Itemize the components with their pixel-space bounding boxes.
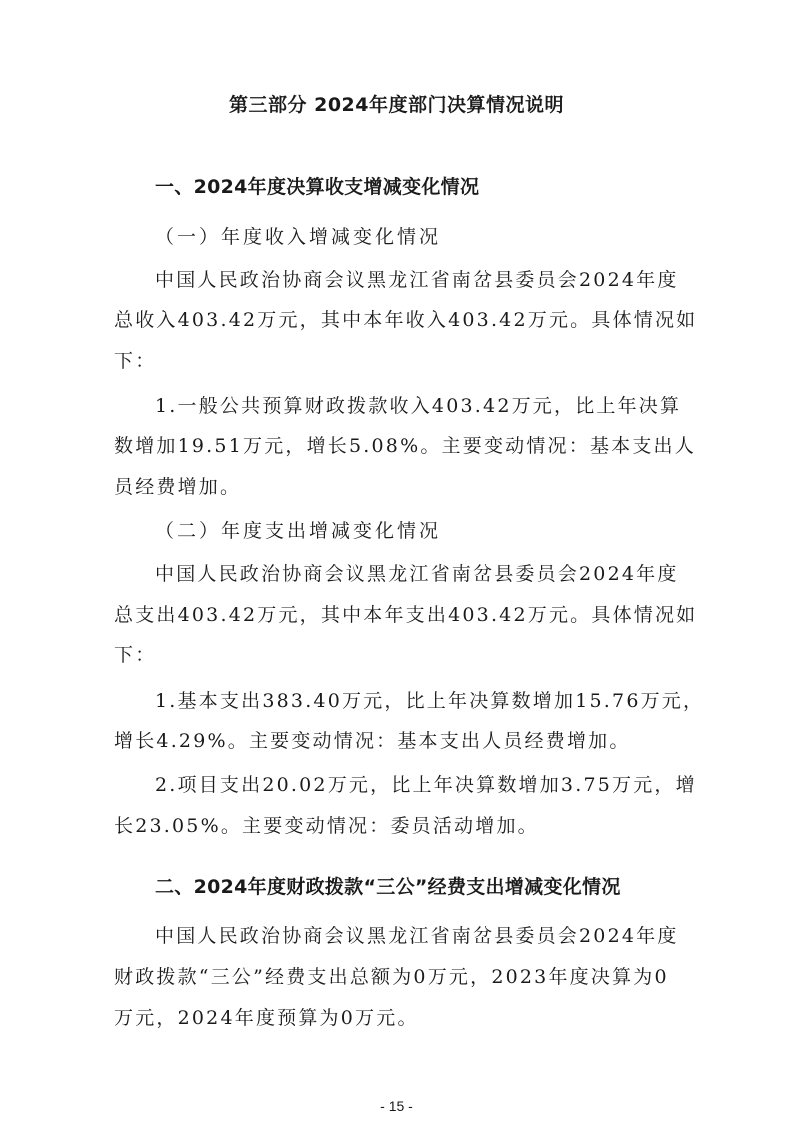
income-paragraph-line: 中国人民政治协商会议黑龙江省南岔县委员会2024年度 — [155, 265, 679, 292]
income-item-line: 员经费增加。 — [114, 472, 241, 499]
expense-item-1-line: 增长4.29%。主要变动情况：基本支出人员经费增加。 — [114, 726, 631, 753]
subsection-heading-income: （一）年度收入增减变化情况 — [155, 222, 441, 249]
three-public-paragraph-line: 财政拨款“三公”经费支出总额为0万元，2023年度决算为0 — [114, 962, 669, 989]
three-public-paragraph-line: 万元，2024年度预算为0万元。 — [114, 1003, 419, 1030]
income-item-line: 1.一般公共预算财政拨款收入403.42万元，比上年决算 — [155, 391, 681, 418]
three-public-paragraph-line: 中国人民政治协商会议黑龙江省南岔县委员会2024年度 — [155, 921, 679, 948]
expense-paragraph-line: 总支出403.42万元，其中本年支出403.42万元。具体情况如 — [114, 600, 697, 627]
expense-paragraph-line: 中国人民政治协商会议黑龙江省南岔县委员会2024年度 — [155, 559, 679, 586]
expense-item-1-line: 1.基本支出383.40万元，比上年决算数增加15.76万元， — [155, 686, 704, 713]
income-paragraph-line: 下： — [114, 346, 156, 373]
income-item-line: 数增加19.51万元，增长5.08%。主要变动情况：基本支出人 — [114, 431, 696, 458]
income-paragraph-line: 总收入403.42万元，其中本年收入403.42万元。具体情况如 — [114, 305, 697, 332]
expense-item-2-line: 2.项目支出20.02万元，比上年决算数增加3.75万元，增 — [155, 770, 697, 797]
section-heading-1: 一、2024年度决算收支增减变化情况 — [155, 172, 479, 199]
expense-item-2-line: 长23.05%。主要变动情况：委员活动增加。 — [114, 811, 539, 838]
page-title: 第三部分 2024年度部门决算情况说明 — [0, 90, 793, 117]
section-heading-2: 二、2024年度财政拨款“三公”经费支出增减变化情况 — [155, 872, 621, 899]
subsection-heading-expense: （二）年度支出增减变化情况 — [155, 516, 441, 543]
page-number: - 15 - — [0, 1098, 793, 1114]
expense-paragraph-line: 下： — [114, 640, 156, 667]
